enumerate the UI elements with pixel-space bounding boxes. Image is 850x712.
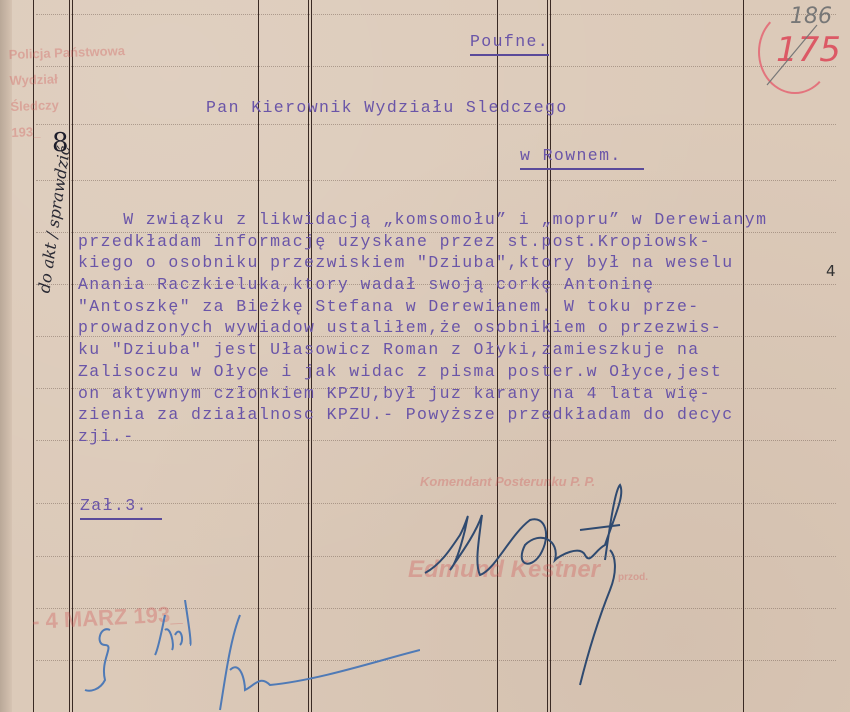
ruled-line xyxy=(36,124,836,125)
document-page: Policja Państwowa Wydział Śledczy 193_ 8… xyxy=(0,0,850,712)
body-line: ku "Dziuba" jest Ułasowicz Roman z Ołyki… xyxy=(78,340,767,362)
body-line: zji.- xyxy=(78,427,767,449)
body-line: zienia za działalnosc KPZU.- Powyższe pr… xyxy=(78,405,767,427)
signature-icon xyxy=(420,475,650,695)
recipient-line-2: w Rownem. xyxy=(520,146,644,170)
body-line: kiego o osobniku przezwiskiem "Dziuba",k… xyxy=(78,253,767,275)
ruled-line xyxy=(36,180,836,181)
stamp-line: 193_ xyxy=(11,116,128,146)
stamp-line: Policja Państwowa xyxy=(8,38,125,68)
body-line: W związku z likwidacją „komsomołu” i „mo… xyxy=(78,210,767,232)
stamp-line: Śledczy xyxy=(10,90,127,120)
body-line: prowadzonych wywiadow ustaliłem,że osobn… xyxy=(78,318,767,340)
body-line: Anania Raczkieluka,ktory wadał swoją cor… xyxy=(78,275,767,297)
stamp-line: Wydział xyxy=(9,64,126,94)
body-line: przedkładam informację uzyskane przez st… xyxy=(78,232,767,254)
strike-line-icon xyxy=(762,20,822,90)
letter-body: W związku z likwidacją „komsomołu” i „mo… xyxy=(78,210,767,449)
attachment-label: Zał.3. xyxy=(80,496,162,520)
pencil-initials-icon xyxy=(80,600,420,712)
line-end-mark: 4 xyxy=(826,262,836,280)
body-line: on aktywnym członkiem KPZU,był juz karan… xyxy=(78,384,767,406)
folio-current: 186 xyxy=(790,4,832,29)
body-line: Zalisoczu w Ołyce i jak widac z pisma po… xyxy=(78,362,767,384)
recipient-line-1: Pan Kierownik Wydziału Sledczego xyxy=(206,98,568,118)
margin-handwritten-note: do akt / sprawdzić xyxy=(34,145,73,294)
ruled-line xyxy=(36,66,836,67)
body-line: "Antoszkę" za Bieżkę Stefana w Derewiane… xyxy=(78,297,767,319)
classification-label: Poufne. xyxy=(470,32,549,56)
ruled-line xyxy=(36,14,836,15)
